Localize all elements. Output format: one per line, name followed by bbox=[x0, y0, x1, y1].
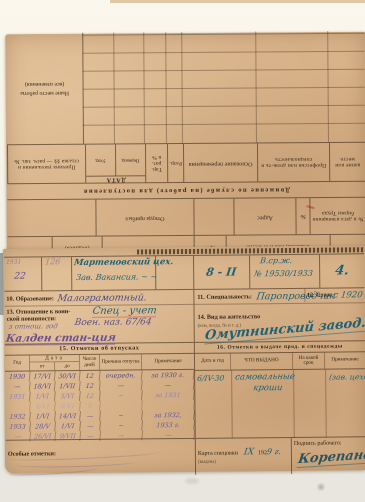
issue-col-date: Дата и год bbox=[195, 354, 231, 370]
residence-block: 14. Вид на жительство (кем, когда, № и т… bbox=[194, 303, 364, 343]
spec-card-year: 9 г. bbox=[266, 447, 281, 456]
col-grade: Разр. bbox=[167, 144, 183, 182]
vac-col-date: Дата от до bbox=[30, 355, 80, 370]
scanned-document: Фамилия, имя и отчество Цех (подпись) № … bbox=[0, 0, 365, 502]
col-tariff: Тар. раз. в % bbox=[145, 144, 167, 182]
vac-col-reason: Причина отпуска bbox=[100, 354, 142, 369]
military-hand-1: Спец - учет bbox=[92, 305, 158, 318]
vacation-rows: 193017/VI30/VI12очередн.за 1930 г.—18/VI… bbox=[5, 370, 195, 442]
vac-col-days: Число дней bbox=[80, 355, 100, 370]
vac-col-year: Год bbox=[5, 355, 30, 370]
number-label: № bbox=[295, 198, 309, 234]
issue-item-1: самовальные bbox=[235, 372, 296, 383]
entry-date: 8 - II bbox=[206, 265, 238, 278]
address-label: Адрес bbox=[233, 198, 295, 234]
col-date: ДАТА Перевод Уход bbox=[85, 144, 145, 182]
issue-col-note: Примечание bbox=[325, 352, 365, 368]
specialty-label: 11. Специальность: bbox=[197, 293, 252, 301]
vacations-table: 15. Отметки об отпусках Год Дата от до Ч… bbox=[5, 343, 196, 440]
seniority-value: с 1920 bbox=[333, 290, 363, 300]
education-label: 10. Образование: bbox=[6, 295, 54, 302]
col-place: вание или место bbox=[329, 143, 365, 181]
spec-card-block: Карта спецовки IX 1929 г. (выдана) bbox=[196, 438, 292, 475]
worker-signature: Корепанов bbox=[297, 447, 365, 468]
smudge-mark bbox=[318, 484, 324, 490]
issue-item-2: кроши bbox=[253, 383, 283, 393]
education-value: Малограмотный. bbox=[56, 292, 147, 304]
entry-order-type: В.ср.ж. bbox=[259, 256, 292, 265]
entry-vacancy: Зав. Вакансия. ~ ~ bbox=[76, 272, 158, 282]
smudge-mark bbox=[185, 478, 199, 484]
vac-col-note: Примечание bbox=[142, 354, 194, 369]
special-notes-block: Особые отметки: bbox=[6, 439, 196, 477]
workplace-note-cell: Ныне место работы (все изменения) bbox=[6, 33, 84, 145]
entry-year: 1931 bbox=[6, 259, 21, 266]
movement-table-title: Движение по службе (на работе) для посту… bbox=[83, 186, 290, 194]
issue-row: 6/IV-30 самовальные кроши (зав. цехом bbox=[195, 369, 365, 439]
seniority-block: 12. Стаж с 1920 bbox=[304, 288, 365, 302]
entry-number: 22 bbox=[14, 272, 27, 282]
military-hand-4: Калден стан-ция bbox=[5, 332, 117, 346]
entry-code: 126 bbox=[44, 257, 60, 266]
spec-card-month: IX bbox=[243, 447, 254, 457]
worker-signature-block: Подпись рабочего: Корепанов bbox=[292, 437, 365, 474]
issue-note: (зав. цехом bbox=[329, 372, 365, 381]
col-profession: Профессия или долж-ть и специальность bbox=[257, 143, 329, 182]
issue-col-item: ЧТО ВЫДАНО bbox=[231, 353, 293, 370]
issue-table: 16. Отметки о выдаче прод. и спецодежды … bbox=[195, 341, 365, 438]
page-edge-sliver bbox=[110, 0, 365, 3]
military-hand-3: з отнош. год bbox=[8, 322, 58, 330]
arrived-from-label: Откуда прибыл bbox=[95, 199, 193, 236]
military-hand-2: Воен. наз. 67/64 bbox=[74, 317, 152, 328]
military-status-block: 13. Отношение к воин- ской повинности: С… bbox=[4, 305, 193, 345]
issue-date: 6/IV-30 bbox=[197, 374, 225, 383]
record-card-back: Фамилия, имя и отчество Цех (подпись) № … bbox=[5, 32, 365, 261]
service-entry-row: 1931 22 126 Мартеновский цех. Зав. Вакан… bbox=[4, 254, 364, 291]
col-transfer-basis: Основание перемещения bbox=[183, 144, 257, 183]
col-date-leave: Уход bbox=[86, 144, 115, 175]
labor-exchange-label: № и дата извещения биржи Труда bbox=[309, 198, 365, 234]
record-card-front: 1931 22 126 Мартеновский цех. Зав. Вакан… bbox=[3, 245, 365, 473]
issue-col-term: На какой срок bbox=[293, 353, 325, 369]
entry-category: 4. bbox=[334, 263, 350, 278]
col-date-transfer: Перевод bbox=[115, 144, 145, 175]
col-dismissal-reason: Причина увольнения и ссылка §§ — расч. з… bbox=[7, 145, 85, 184]
movement-grid: Ныне место работы (все изменения) bbox=[6, 31, 365, 144]
entry-order-number: № 19530/1933 bbox=[254, 269, 314, 279]
